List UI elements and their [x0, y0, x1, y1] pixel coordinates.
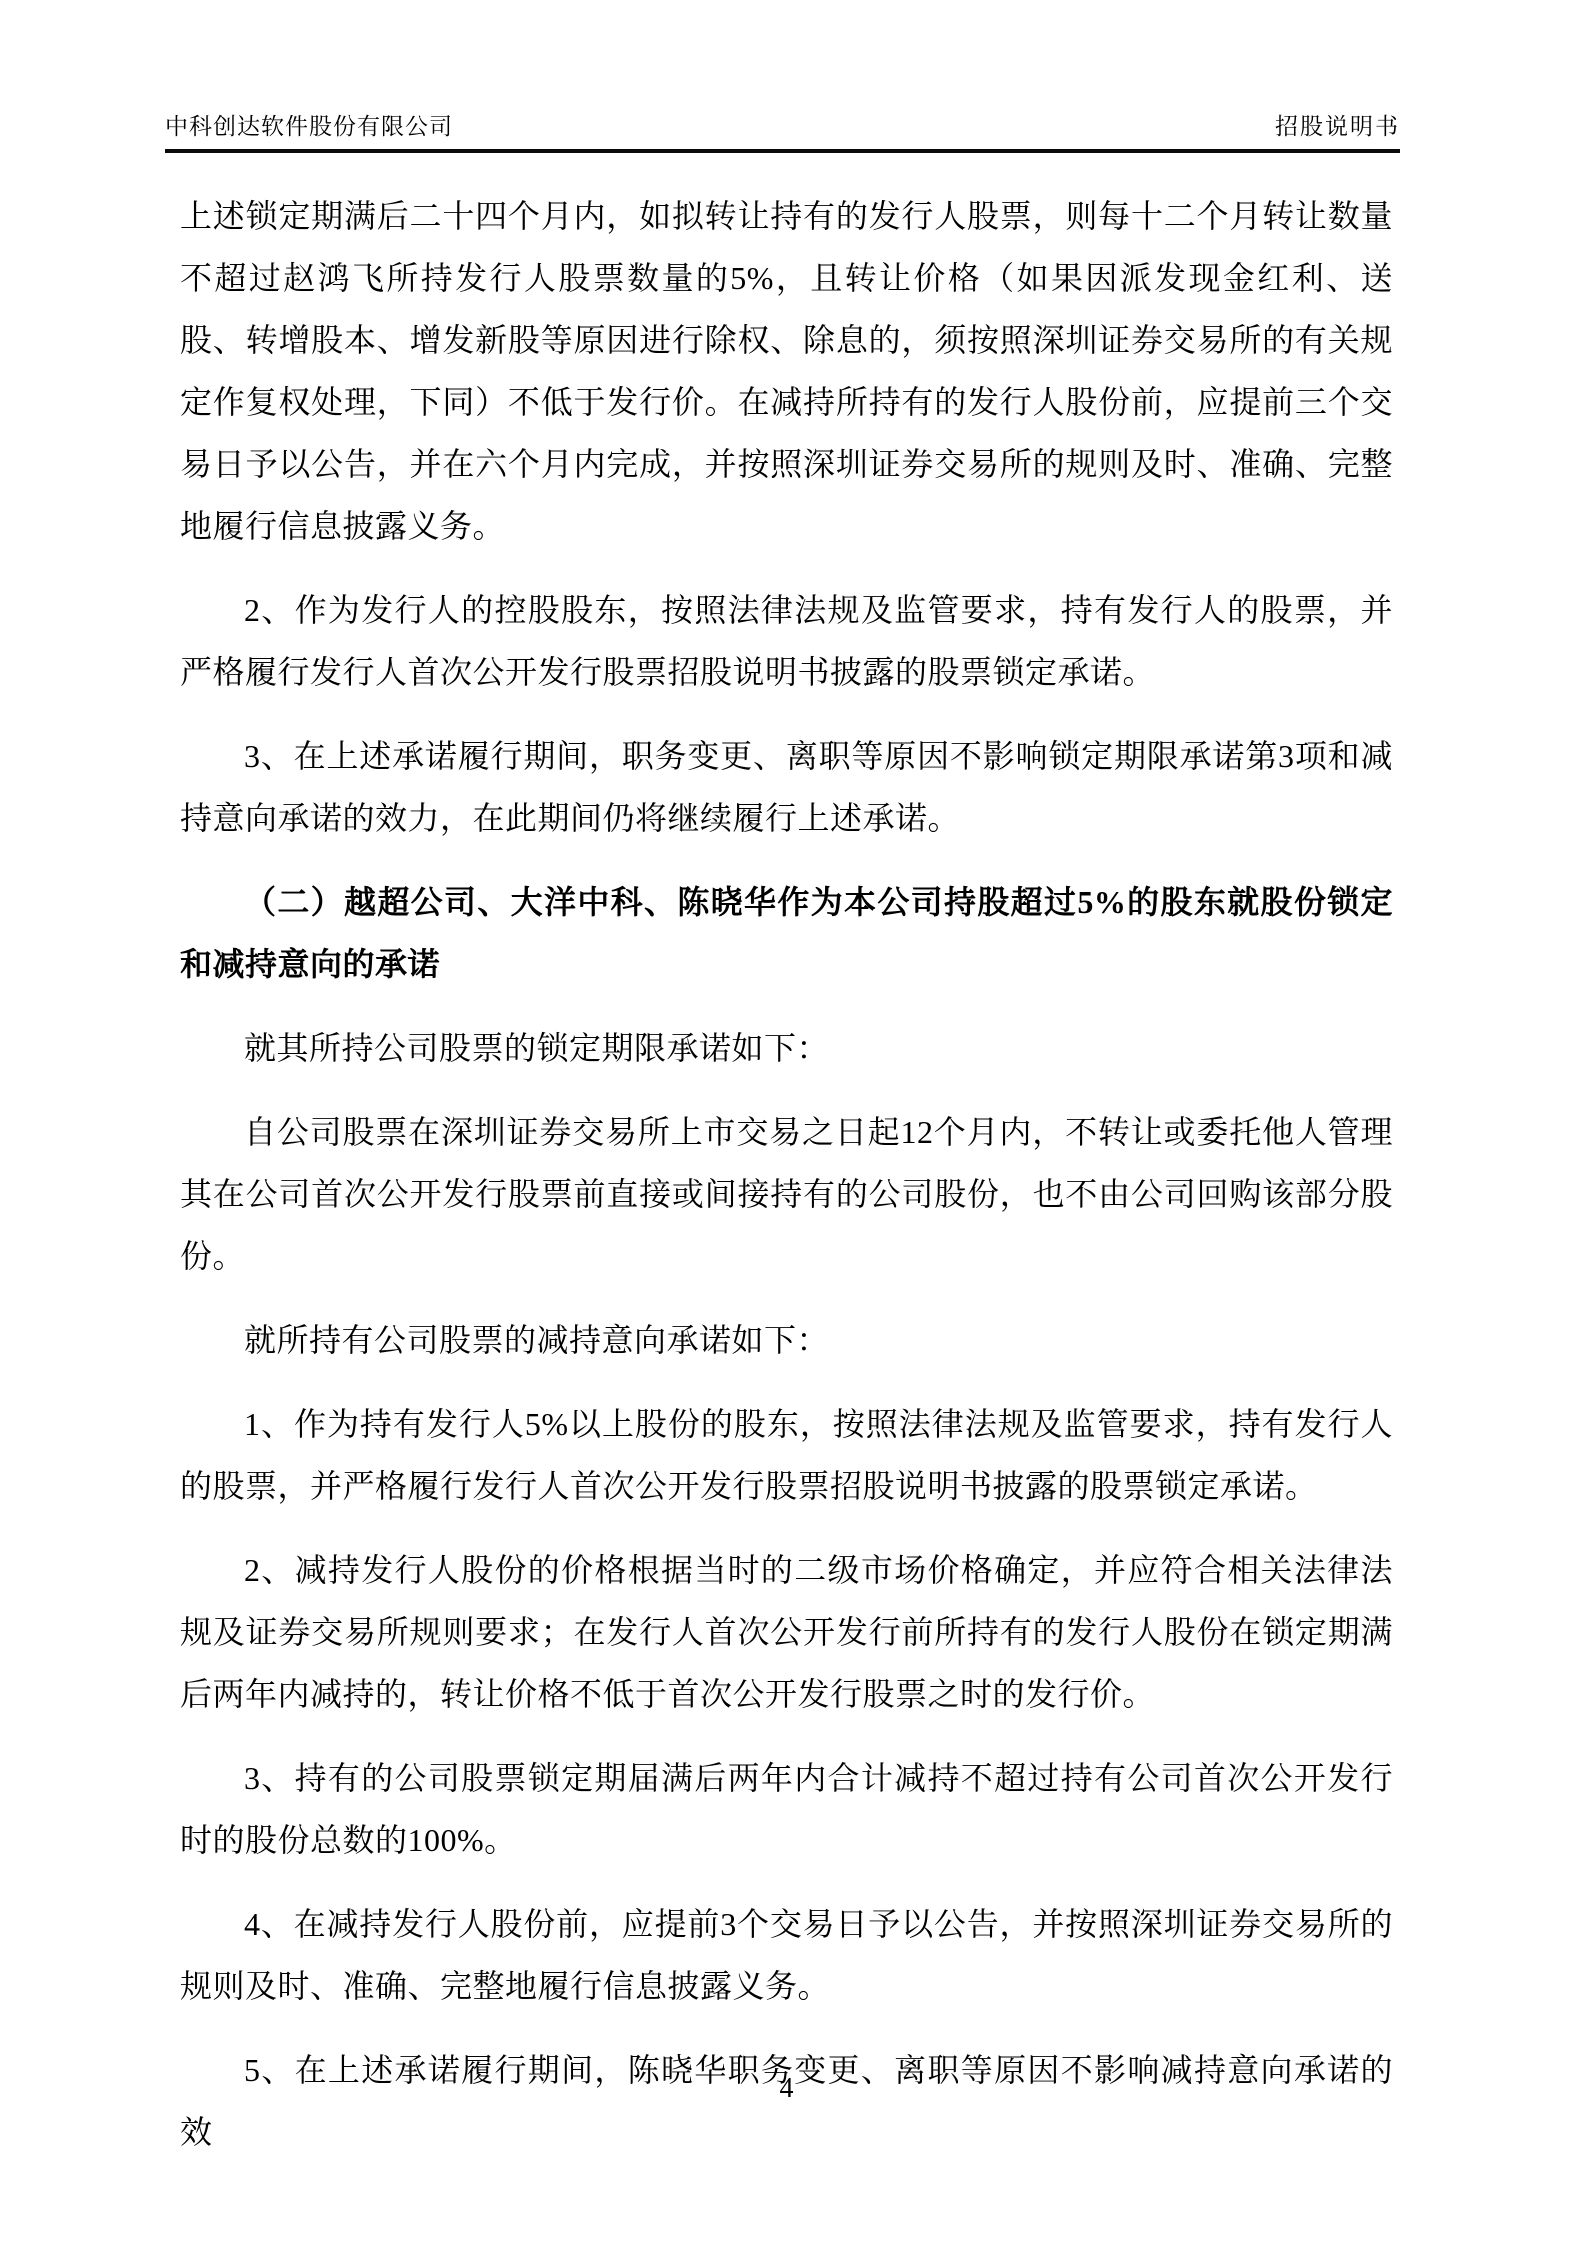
body-paragraph: 3、在上述承诺履行期间，职务变更、离职等原因不影响锁定期限承诺第3项和减持意向承… [180, 725, 1393, 849]
body-paragraph: 就所持有公司股票的减持意向承诺如下： [180, 1309, 1393, 1371]
body-paragraph: 2、减持发行人股份的价格根据当时的二级市场价格确定，并应符合相关法律法规及证券交… [180, 1539, 1393, 1725]
body-paragraph: 就其所持公司股票的锁定期限承诺如下： [180, 1017, 1393, 1079]
page-header: 中科创达软件股份有限公司 招股说明书 [165, 112, 1400, 153]
body-paragraph: 3、持有的公司股票锁定期届满后两年内合计减持不超过持有公司首次公开发行时的股份总… [180, 1747, 1393, 1871]
page-footer: 4 [180, 2072, 1393, 2106]
document-body: 上述锁定期满后二十四个月内，如拟转让持有的发行人股票，则每十二个月转让数量不超过… [180, 185, 1393, 2185]
body-paragraph: 自公司股票在深圳证券交易所上市交易之日起12个月内，不转让或委托他人管理其在公司… [180, 1101, 1393, 1287]
header-company-name: 中科创达软件股份有限公司 [165, 112, 453, 142]
section-heading: （二）越超公司、大洋中科、陈晓华作为本公司持股超过5%的股东就股份锁定和减持意向… [180, 871, 1393, 995]
header-doc-type: 招股说明书 [1275, 112, 1400, 142]
page-number: 4 [780, 2073, 794, 2104]
body-paragraph: 4、在减持发行人股份前，应提前3个交易日予以公告，并按照深圳证券交易所的规则及时… [180, 1893, 1393, 2017]
body-paragraph: 2、作为发行人的控股股东，按照法律法规及监管要求，持有发行人的股票，并严格履行发… [180, 579, 1393, 703]
prospectus-page: 中科创达软件股份有限公司 招股说明书 上述锁定期满后二十四个月内，如拟转让持有的… [0, 0, 1587, 2245]
body-paragraph: 1、作为持有发行人5%以上股份的股东，按照法律法规及监管要求，持有发行人的股票，… [180, 1393, 1393, 1517]
body-paragraph: 上述锁定期满后二十四个月内，如拟转让持有的发行人股票，则每十二个月转让数量不超过… [180, 185, 1393, 557]
